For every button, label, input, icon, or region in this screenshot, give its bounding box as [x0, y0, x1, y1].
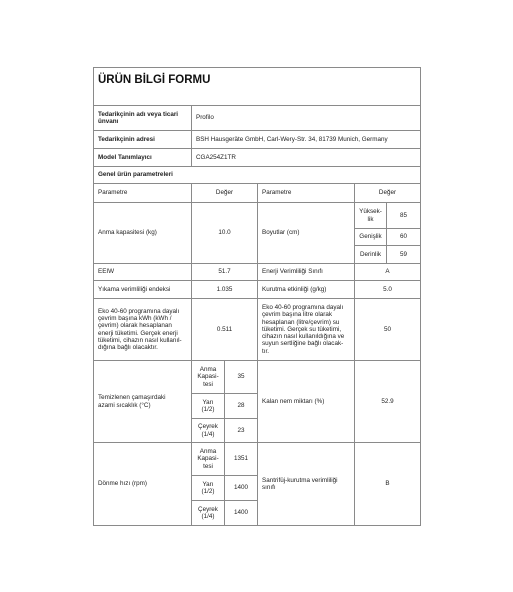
- spin-speed-label: Dönme hızı (rpm): [93, 442, 192, 526]
- spin-quarter-label: Çeyrek (1/4): [191, 500, 225, 526]
- col-header-value-left: Değer: [191, 183, 258, 203]
- supplier-name-label-text: Tedarikçinin adı veya ticari ünvanı: [98, 111, 187, 125]
- form-title-cell: ÜRÜN BİLGİ FORMU: [93, 67, 421, 106]
- remaining-moisture-label: Kalan nem miktarı (%): [257, 360, 355, 443]
- max-temp-quarter-value: 23: [224, 418, 258, 443]
- supplier-address-value-text: BSH Hausgeräte GmbH, Carl-Wery-Str. 34, …: [196, 136, 388, 143]
- col-header-text: Parametre: [262, 189, 291, 196]
- remaining-moisture-value: 52.9: [354, 360, 421, 443]
- water-consumption-value: 50: [354, 298, 421, 361]
- spin-rated-label: Anma Kapasi- tesi: [191, 442, 225, 476]
- supplier-name-value: Profilo: [191, 105, 421, 131]
- dimension-width-value: 60: [386, 228, 421, 246]
- supplier-address-label-text: Tedarikçinin adresi: [98, 136, 155, 143]
- col-header-text: Parametre: [98, 189, 127, 196]
- washing-index-value: 1.035: [191, 280, 258, 299]
- energy-consumption-value: 0.511: [191, 298, 258, 361]
- eeiw-value: 51.7: [191, 263, 258, 281]
- dimensions-label-text: Boyutlar (cm): [262, 229, 299, 236]
- dimension-width-label: Genişlik: [354, 228, 387, 246]
- general-params-heading: Genel ürün parametreleri: [93, 166, 421, 184]
- max-temp-rated-value: 35: [224, 360, 258, 394]
- col-header-text: Değer: [216, 189, 233, 196]
- energy-consumption-label: Eko 40-60 programına dayalı çevrim başın…: [93, 298, 192, 361]
- water-consumption-label: Eko 40-60 programına dayalı çevrim başın…: [257, 298, 355, 361]
- rated-capacity-label: Anma kapasitesi (kg): [93, 202, 192, 264]
- max-temp-half-label: Yarı (1/2): [191, 393, 225, 419]
- spin-quarter-value: 1400: [224, 500, 258, 526]
- general-params-heading-text: Genel ürün parametreleri: [98, 171, 173, 178]
- col-header-text: Değer: [379, 189, 396, 196]
- dimension-depth-value: 59: [386, 245, 421, 264]
- supplier-address-label: Tedarikçinin adresi: [93, 130, 192, 149]
- form-title: ÜRÜN BİLGİ FORMU: [98, 74, 210, 87]
- drying-efficiency-label: Kurutma etkinliği (g/kg): [257, 280, 355, 299]
- max-temperature-label: Temizlenen çamaşırdaki azami sıcaklık (°…: [93, 360, 192, 443]
- energy-class-label: Enerji Verimliliği Sınıfı: [257, 263, 355, 281]
- col-header-value-right: Değer: [354, 183, 421, 203]
- max-temp-rated-label: Anma Kapasi- tesi: [191, 360, 225, 394]
- col-header-param-left: Parametre: [93, 183, 192, 203]
- eeiw-label: EEIW: [93, 263, 192, 281]
- washing-index-label: Yıkama verimliliği endeksi: [93, 280, 192, 299]
- spin-half-label: Yarı (1/2): [191, 475, 225, 501]
- supplier-address-value: BSH Hausgeräte GmbH, Carl-Wery-Str. 34, …: [191, 130, 421, 149]
- col-header-param-right: Parametre: [257, 183, 355, 203]
- max-temp-half-value: 28: [224, 393, 258, 419]
- supplier-name-value-text: Profilo: [196, 114, 214, 121]
- model-value: CGA254Z1TR: [191, 148, 421, 167]
- dimension-height-value: 85: [386, 202, 421, 229]
- spin-drying-class-value: B: [354, 442, 421, 526]
- rated-capacity-label-text: Anma kapasitesi (kg): [98, 229, 157, 236]
- model-label: Model Tanımlayıcı: [93, 148, 192, 167]
- max-temp-quarter-label: Çeyrek (1/4): [191, 418, 225, 443]
- dimension-height-label: Yüksek- lik: [354, 202, 387, 229]
- spin-rated-value: 1351: [224, 442, 258, 476]
- supplier-name-label: Tedarikçinin adı veya ticari ünvanı: [93, 105, 192, 131]
- model-label-text: Model Tanımlayıcı: [98, 154, 152, 161]
- spin-half-value: 1400: [224, 475, 258, 501]
- rated-capacity-value-text: 10.0: [218, 229, 230, 236]
- spin-drying-class-label: Santrifüj-kurutma verimliliği sınıfı: [257, 442, 355, 526]
- model-value-text: CGA254Z1TR: [196, 154, 236, 161]
- rated-capacity-value: 10.0: [191, 202, 258, 264]
- dimensions-label: Boyutlar (cm): [257, 202, 355, 264]
- energy-class-value: A: [354, 263, 421, 281]
- drying-efficiency-value: 5.0: [354, 280, 421, 299]
- dimension-depth-label: Derinlik: [354, 245, 387, 264]
